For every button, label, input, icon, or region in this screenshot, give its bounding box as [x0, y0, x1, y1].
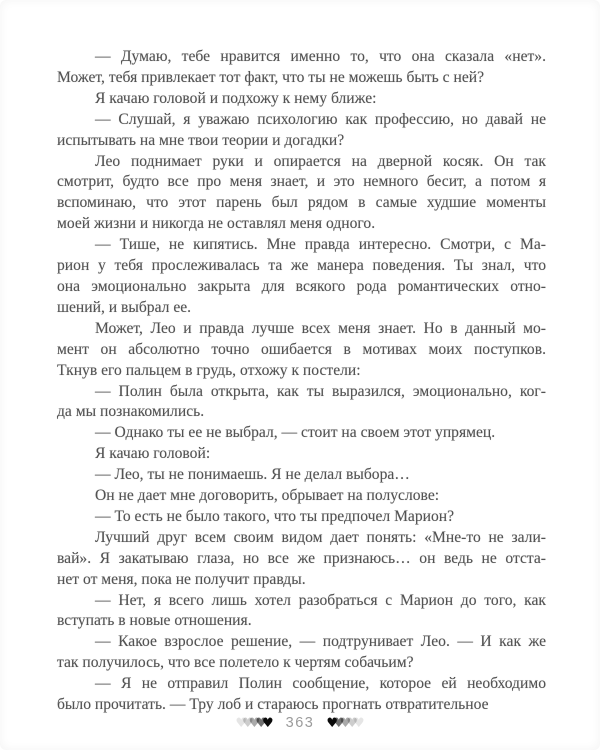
text-line: вай». Я закатываю глаза, но все же призн…	[57, 549, 546, 570]
page-text: — Думаю, тебе нравится именно то, что он…	[57, 47, 546, 716]
paragraph: — Полин была открыта, как ты выразился, …	[57, 382, 546, 424]
paragraph: Я качаю головой:	[57, 444, 546, 465]
paragraph: — Я не отправил Полин сообщение, которое…	[57, 674, 546, 716]
text-line: — Лео, ты не понимаешь. Я не делал выбор…	[57, 465, 546, 486]
text-line: — То есть не было такого, что ты предпоч…	[57, 507, 546, 528]
heart-icon: ♥	[353, 717, 365, 730]
paragraph: — Слушай, я уважаю психологию как профес…	[57, 110, 546, 152]
text-line: моей жизни и никогда не оставлял меня од…	[57, 214, 546, 235]
book-page: — Думаю, тебе нравится именно то, что он…	[0, 0, 600, 750]
text-line: смотрит, будто все про меня знает, и это…	[57, 172, 546, 193]
text-line: Он не дает мне договорить, обрывает на п…	[57, 486, 546, 507]
text-line: Я качаю головой и подхожу к нему ближе:	[57, 89, 546, 110]
text-line: вспоминаю, что этот парень был рядом в с…	[57, 193, 546, 214]
paragraph: Я качаю головой и подхожу к нему ближе:	[57, 89, 546, 110]
heart-icon: ♥	[255, 717, 267, 730]
text-line: Лучший друг всем своим видом дает понять…	[57, 528, 546, 549]
hearts-ornament-right: ♥♥♥♥♥	[326, 717, 364, 730]
text-line: было прочитать. — Тру лоб и стараюсь про…	[57, 695, 546, 716]
text-line: рион у тебя прослеживалась та же манера …	[57, 256, 546, 277]
paragraph: — Нет, я всего лишь хотел разобраться с …	[57, 591, 546, 633]
text-line: Может, тебя привлекает тот факт, что ты …	[57, 68, 546, 89]
text-line: — Какое взрослое решение, — подтрунивает…	[57, 632, 546, 653]
paragraph: — То есть не было такого, что ты предпоч…	[57, 507, 546, 528]
paragraph: Лучший друг всем своим видом дает понять…	[57, 528, 546, 591]
text-line: испытывать на мне твои теории и догадки?	[57, 131, 546, 152]
text-line: она эмоционально закрыта для всякого род…	[57, 277, 546, 298]
paragraph: — Тише, не кипятись. Мне правда интересн…	[57, 235, 546, 319]
text-line: — Однако ты ее не выбрал, — стоит на сво…	[57, 423, 546, 444]
text-line: — Я не отправил Полин сообщение, которое…	[57, 674, 546, 695]
text-line: да мы познакомились.	[57, 402, 546, 423]
paragraph: — Лео, ты не понимаешь. Я не делал выбор…	[57, 465, 546, 486]
page-footer: ♥♥♥♥♥ 363 ♥♥♥♥♥	[0, 714, 600, 732]
paragraph: — Однако ты ее не выбрал, — стоит на сво…	[57, 423, 546, 444]
page-number: 363	[286, 715, 315, 731]
text-line: — Слушай, я уважаю психологию как профес…	[57, 110, 546, 131]
text-line: — Думаю, тебе нравится именно то, что он…	[57, 47, 546, 68]
hearts-ornament-left: ♥♥♥♥♥	[235, 717, 273, 730]
text-line: — Тише, не кипятись. Мне правда интересн…	[57, 235, 546, 256]
text-line: нет от меня, пока не получит правды.	[57, 570, 546, 591]
text-line: шений, и выбрал ее.	[57, 298, 546, 319]
paragraph: — Какое взрослое решение, — подтрунивает…	[57, 632, 546, 674]
text-line: Лео поднимает руки и опирается на дверно…	[57, 152, 546, 173]
paragraph: Он не дает мне договорить, обрывает на п…	[57, 486, 546, 507]
text-line: — Полин была открыта, как ты выразился, …	[57, 382, 546, 403]
text-line: Ткнув его пальцем в грудь, отхожу к пост…	[57, 361, 546, 382]
text-line: мент он абсолютно точно ошибается в моти…	[57, 340, 546, 361]
text-line: так получилось, что все полетело к чертя…	[57, 653, 546, 674]
text-line: вступать в новые отношения.	[57, 611, 546, 632]
paragraph: Может, Лео и правда лучше всех меня знае…	[57, 319, 546, 382]
text-line: Я качаю головой:	[57, 444, 546, 465]
paragraph: Лео поднимает руки и опирается на дверно…	[57, 152, 546, 236]
text-line: Может, Лео и правда лучше всех меня знае…	[57, 319, 546, 340]
text-line: — Нет, я всего лишь хотел разобраться с …	[57, 591, 546, 612]
paragraph: — Думаю, тебе нравится именно то, что он…	[57, 47, 546, 89]
